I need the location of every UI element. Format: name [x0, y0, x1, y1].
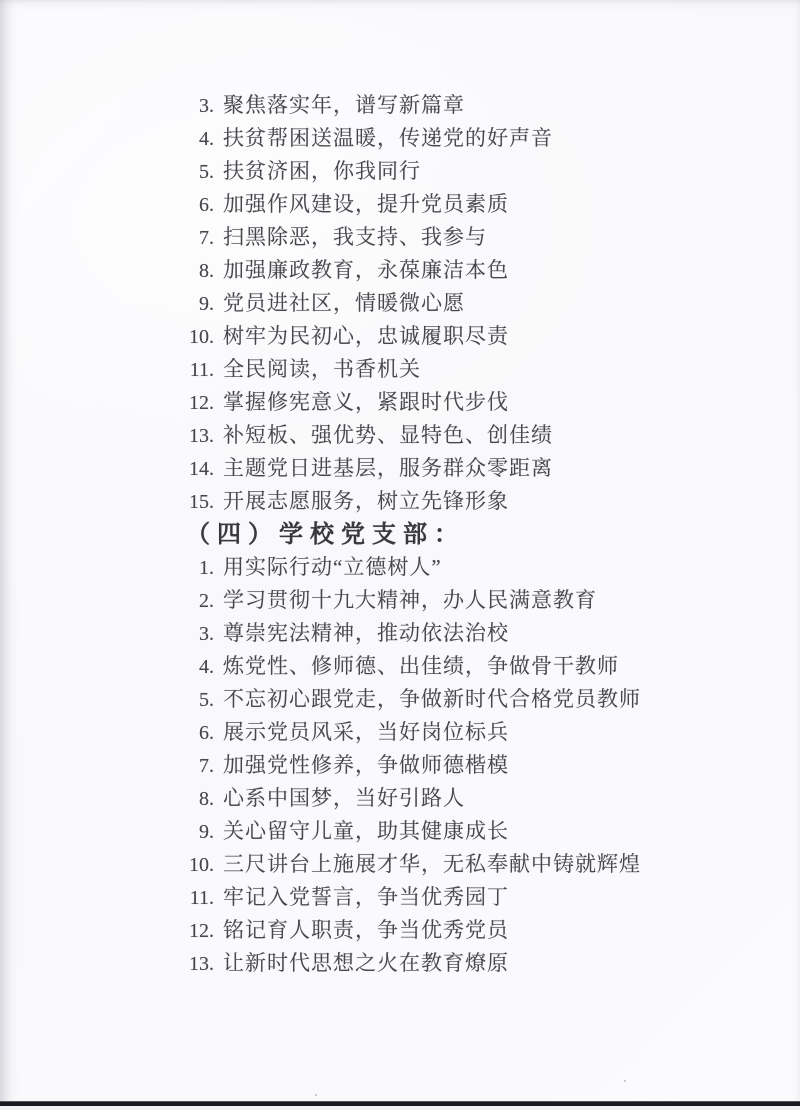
item-text: 让新时代思想之火在教育燎原: [223, 947, 509, 980]
item-text: 尊崇宪法精神，推动依法治校: [223, 617, 509, 650]
item-number: 13.: [186, 948, 214, 981]
list-item: 2. 学习贯彻十九大精神，办人民满意教育: [186, 584, 760, 617]
item-text: 展示党员风采，当好岗位标兵: [223, 716, 509, 749]
item-text: 补短板、强优势、显特色、创佳绩: [223, 419, 553, 452]
list-item: 12. 铭记育人职责，争当优秀党员: [186, 914, 760, 947]
item-text: 心系中国梦，当好引路人: [223, 782, 465, 815]
list-item: 12. 掌握修宪意义，紧跟时代步伐: [186, 386, 760, 419]
item-number: 5.: [186, 684, 214, 717]
item-number: 7.: [186, 750, 214, 783]
item-number: 12.: [186, 915, 214, 948]
item-number: 4.: [186, 123, 214, 156]
item-number: 3.: [186, 618, 214, 651]
list-item: 5. 扶贫济困，你我同行: [186, 155, 760, 188]
item-number: 8.: [186, 783, 214, 816]
item-text: 加强廉政教育，永葆廉洁本色: [223, 254, 509, 287]
item-number: 9.: [186, 288, 214, 321]
scanned-document-page: 3. 聚焦落实年，谱写新篇章 4. 扶贫帮困送温暖，传递党的好声音 5. 扶贫济…: [0, 0, 800, 1110]
item-number: 10.: [186, 849, 214, 882]
item-number: 5.: [186, 156, 214, 189]
item-number: 9.: [186, 816, 214, 849]
list-item: 4. 扶贫帮困送温暖，传递党的好声音: [186, 122, 760, 155]
item-text: 扫黑除恶，我支持、我参与: [223, 221, 487, 254]
item-number: 13.: [186, 420, 214, 453]
item-number: 11.: [186, 354, 214, 387]
item-text: 主题党日进基层，服务群众零距离: [223, 452, 553, 485]
list-item: 14. 主题党日进基层，服务群众零距离: [186, 452, 760, 485]
item-number: 6.: [186, 189, 214, 222]
item-number: 1.: [186, 552, 214, 585]
item-text: 关心留守儿童，助其健康成长: [223, 815, 509, 848]
list-item: 9. 党员进社区，情暖微心愿: [186, 287, 760, 320]
list-item: 10. 三尺讲台上施展才华，无私奉献中铸就辉煌: [186, 848, 760, 881]
list-item: 11. 牢记入党誓言，争当优秀园丁: [186, 881, 760, 914]
list-item: 6. 加强作风建设，提升党员素质: [186, 188, 760, 221]
item-number: 14.: [186, 453, 214, 486]
item-text: 掌握修宪意义，紧跟时代步伐: [223, 386, 509, 419]
list-item: 13. 让新时代思想之火在教育燎原: [186, 947, 760, 980]
item-number: 15.: [186, 486, 214, 519]
list-item: 7. 加强党性修养，争做师德楷模: [186, 749, 760, 782]
item-text: 树牢为民初心，忠诚履职尽责: [223, 320, 509, 353]
list-item: 8. 心系中国梦，当好引路人: [186, 782, 760, 815]
item-text: 铭记育人职责，争当优秀党员: [223, 914, 509, 947]
item-text: 开展志愿服务，树立先锋形象: [223, 485, 509, 518]
item-number: 12.: [186, 387, 214, 420]
item-text: 炼党性、修师德、出佳绩，争做骨干教师: [223, 650, 619, 683]
list-item: 3. 尊崇宪法精神，推动依法治校: [186, 617, 760, 650]
item-number: 10.: [186, 321, 214, 354]
list-item: 10. 树牢为民初心，忠诚履职尽责: [186, 320, 760, 353]
item-text: 三尺讲台上施展才华，无私奉献中铸就辉煌: [223, 848, 641, 881]
item-text: 全民阅读，书香机关: [223, 353, 421, 386]
item-text: 学习贯彻十九大精神，办人民满意教育: [223, 584, 597, 617]
item-number: 3.: [186, 90, 214, 123]
scan-below-edge-strip: [0, 1106, 800, 1110]
item-text: 用实际行动“立德树人”: [223, 551, 442, 584]
list-item: 13. 补短板、强优势、显特色、创佳绩: [186, 419, 760, 452]
slogan-list-section-3: 3. 聚焦落实年，谱写新篇章 4. 扶贫帮困送温暖，传递党的好声音 5. 扶贫济…: [186, 89, 760, 518]
item-number: 6.: [186, 717, 214, 750]
item-number: 8.: [186, 255, 214, 288]
item-text: 加强党性修养，争做师德楷模: [223, 749, 509, 782]
scan-dust-speck: [315, 1094, 317, 1096]
list-item: 3. 聚焦落实年，谱写新篇章: [186, 89, 760, 122]
section-heading: （四）学校党支部：: [186, 518, 760, 551]
item-text: 扶贫帮困送温暖，传递党的好声音: [223, 122, 553, 155]
document-body: 3. 聚焦落实年，谱写新篇章 4. 扶贫帮困送温暖，传递党的好声音 5. 扶贫济…: [186, 89, 760, 980]
scan-dust-speck: [624, 1080, 626, 1082]
item-text: 党员进社区，情暖微心愿: [223, 287, 465, 320]
item-text: 聚焦落实年，谱写新篇章: [223, 89, 465, 122]
list-item: 8. 加强廉政教育，永葆廉洁本色: [186, 254, 760, 287]
item-number: 7.: [186, 222, 214, 255]
item-text: 牢记入党誓言，争当优秀园丁: [223, 881, 509, 914]
list-item: 9. 关心留守儿童，助其健康成长: [186, 815, 760, 848]
list-item: 15. 开展志愿服务，树立先锋形象: [186, 485, 760, 518]
item-text: 扶贫济困，你我同行: [223, 155, 421, 188]
item-number: 4.: [186, 651, 214, 684]
slogan-list-section-4: 1. 用实际行动“立德树人” 2. 学习贯彻十九大精神，办人民满意教育 3. 尊…: [186, 551, 760, 980]
item-text: 加强作风建设，提升党员素质: [223, 188, 509, 221]
list-item: 1. 用实际行动“立德树人”: [186, 551, 760, 584]
item-text: 不忘初心跟党走，争做新时代合格党员教师: [223, 683, 641, 716]
list-item: 6. 展示党员风采，当好岗位标兵: [186, 716, 760, 749]
list-item: 4. 炼党性、修师德、出佳绩，争做骨干教师: [186, 650, 760, 683]
list-item: 5. 不忘初心跟党走，争做新时代合格党员教师: [186, 683, 760, 716]
list-item: 7. 扫黑除恶，我支持、我参与: [186, 221, 760, 254]
item-number: 11.: [186, 882, 214, 915]
list-item: 11. 全民阅读，书香机关: [186, 353, 760, 386]
item-number: 2.: [186, 585, 214, 618]
